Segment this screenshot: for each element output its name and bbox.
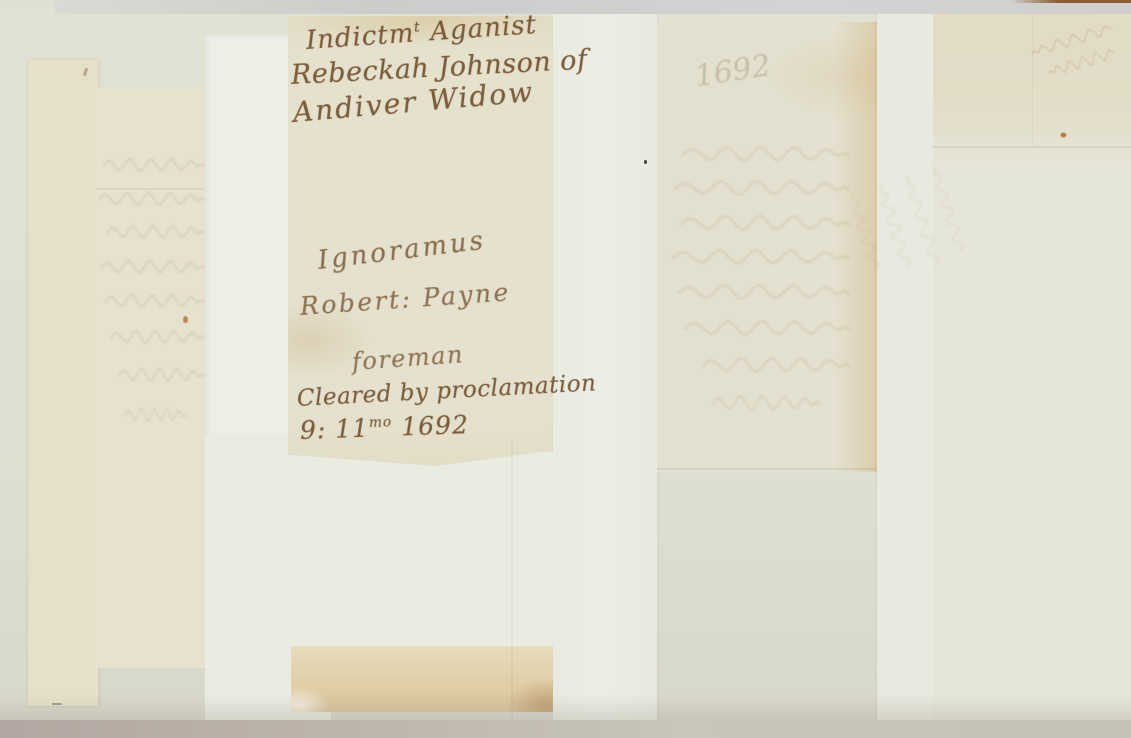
- center-lower-paper: [288, 452, 556, 652]
- bottom-shadow-band: [0, 694, 1131, 720]
- rust-stain: [183, 316, 188, 323]
- bleed-through-writing: [98, 156, 206, 424]
- left-paper-strip: [28, 60, 98, 706]
- manuscript-photo: 1692 Indictmt Aganist: [0, 0, 1131, 738]
- white-tape-strip: [205, 35, 291, 437]
- top-backing-strip: [55, 0, 1131, 14]
- disposition-line-2: 9: 11mo 1692: [299, 410, 469, 445]
- fold-crease: [657, 468, 879, 470]
- faint-year-annotation: 1692: [692, 48, 773, 95]
- paper-edge-line: [1032, 14, 1033, 146]
- right-document-bleedthrough: 1692: [657, 22, 879, 472]
- superscript-mo: mo: [369, 414, 393, 431]
- horizontal-crease: [933, 146, 1131, 148]
- faint-corner-script: [1029, 21, 1121, 84]
- fold-crease: [96, 188, 208, 190]
- bleed-through-writing: [671, 144, 851, 413]
- bottom-edge-strip: [0, 720, 1131, 738]
- left-document-bleedthrough: [96, 88, 208, 668]
- far-right-panel: [933, 14, 1131, 726]
- middle-white-strip: [553, 0, 657, 728]
- right-paper-strip: [877, 14, 933, 726]
- rust-speck: [1061, 133, 1066, 137]
- ink-speck: [644, 160, 647, 164]
- vertical-crease: [511, 440, 513, 720]
- table-edge-line: [1010, 0, 1131, 3]
